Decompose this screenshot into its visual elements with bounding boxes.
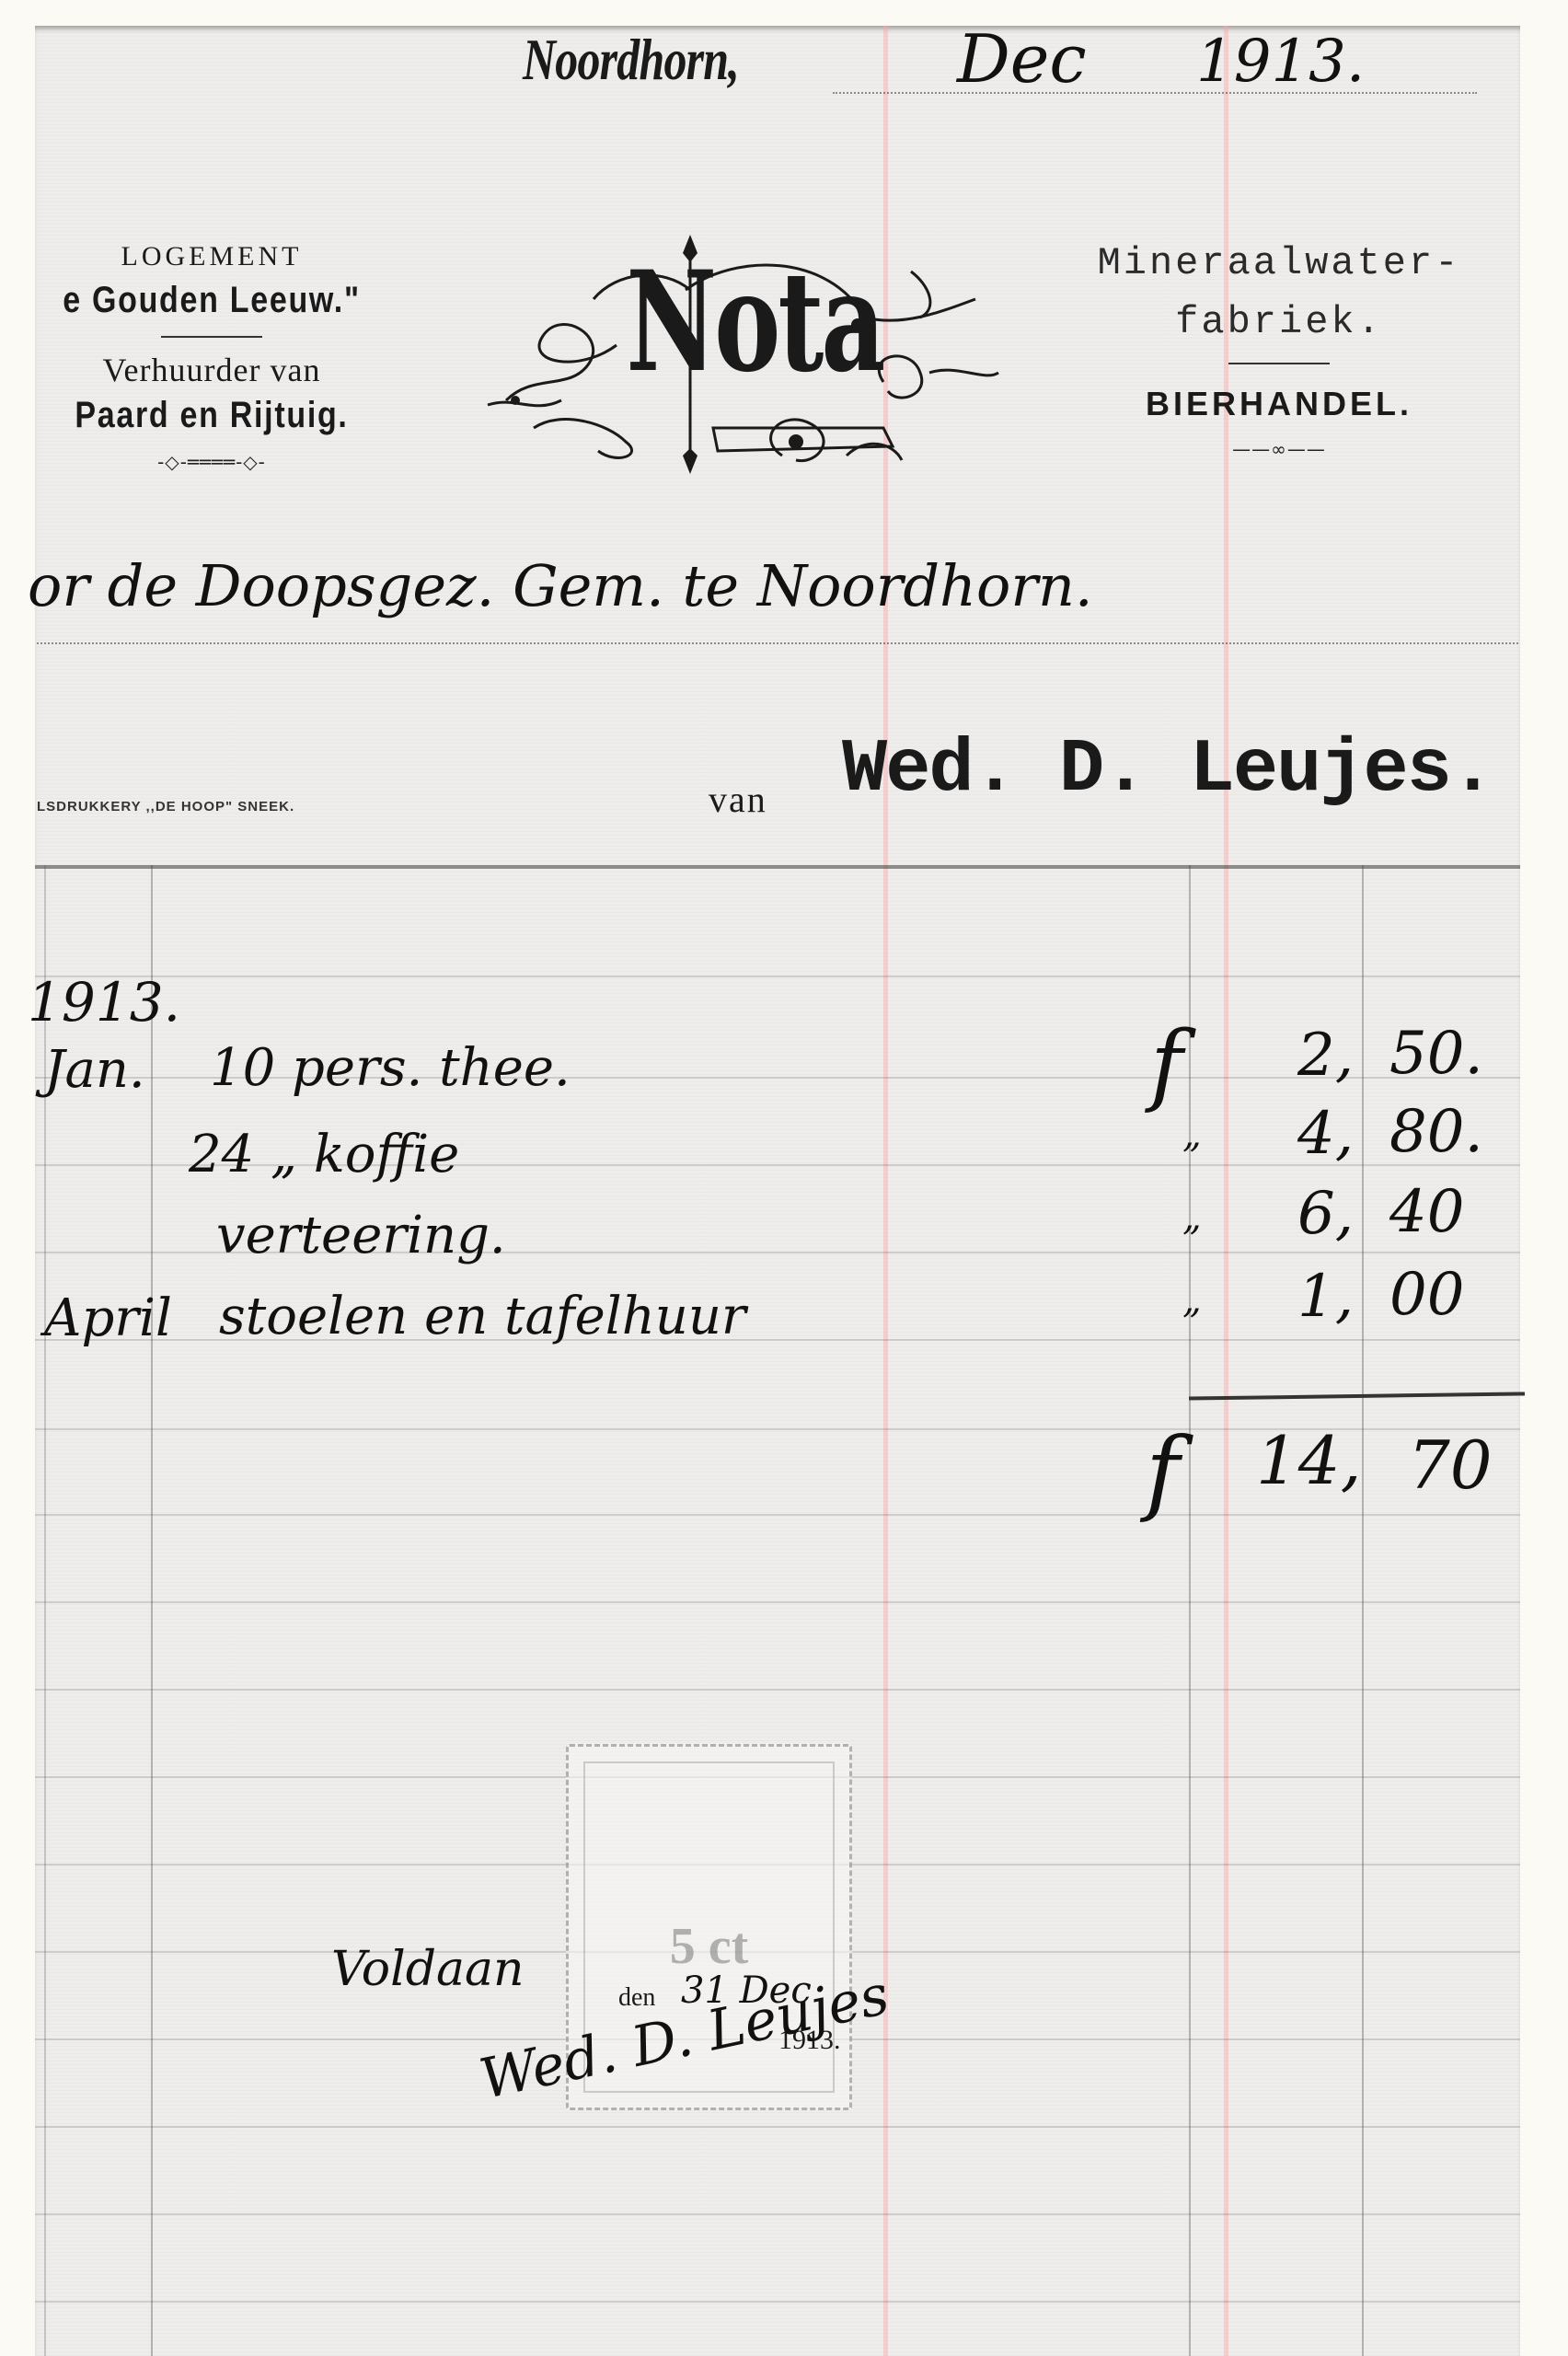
ledger-top-rule: [35, 865, 1520, 869]
row-3-currency: „: [1182, 1196, 1202, 1239]
row-2-cents: 80.: [1389, 1098, 1483, 1166]
row-4-cents: 00: [1389, 1261, 1464, 1329]
row-1-currency: f: [1150, 1012, 1183, 1115]
recipient-dotted-line: [37, 642, 1518, 644]
row-1-cents: 50.: [1389, 1020, 1483, 1088]
factory-label: fabriek.: [1031, 300, 1528, 344]
sender-firm: Wed. D. Leujes.: [842, 727, 1493, 813]
date-column-line: [151, 865, 153, 2356]
divider: [1228, 363, 1330, 364]
row-3-description: verteering.: [216, 1206, 506, 1265]
ornament-icon: ——∞——: [1031, 438, 1528, 460]
total-cents: 70: [1408, 1426, 1493, 1504]
row-4-description: stoelen en tafelhuur: [219, 1287, 746, 1346]
row-4-guilders: 1,: [1297, 1263, 1354, 1331]
nota-title: Nota: [626, 253, 864, 391]
row-1-description: 10 pers. thee.: [210, 1038, 571, 1098]
date-dotted-line: [833, 92, 1477, 94]
row-2-guilders: 4,: [1297, 1100, 1354, 1168]
ledger-year: 1913.: [28, 971, 180, 1034]
nota-logo: Nota: [478, 235, 1012, 474]
letterhead-left: LOGEMENT e Gouden Leeuw." Verhuurder van…: [18, 241, 405, 473]
row-2-description: 24 „ koffie: [189, 1125, 459, 1184]
row-4-currency: „: [1182, 1279, 1202, 1322]
guilder-column-line: [1189, 865, 1191, 2356]
logement-label: LOGEMENT: [18, 241, 405, 272]
cents-column-line: [1362, 865, 1364, 2356]
rental-label: Verhuurder van: [18, 351, 405, 389]
inn-name: e Gouden Leeuw.": [48, 280, 376, 321]
divider: [161, 336, 262, 338]
row-4-date: April: [44, 1288, 172, 1348]
mineral-water-label: Mineraalwater-: [1031, 241, 1528, 285]
stamp-value: 5 ct: [569, 1917, 849, 1976]
date-month: Dec: [957, 20, 1087, 98]
den-label: den: [618, 1983, 655, 2013]
van-label: van: [709, 778, 767, 821]
row-3-guilders: 6,: [1297, 1180, 1354, 1248]
ornament-icon: -◇-════-◇-: [18, 451, 405, 473]
letterhead-right: Mineraalwater- fabriek. BIERHANDEL. ——∞—…: [1031, 241, 1528, 460]
printer-credit: LSDRUKKERY ,,DE HOOP" SNEEK.: [37, 799, 294, 814]
beer-trade-label: BIERHANDEL.: [1031, 385, 1528, 423]
row-3-cents: 40: [1389, 1178, 1464, 1246]
total-guilders: 14,: [1256, 1422, 1362, 1499]
row-1-guilders: 2,: [1297, 1022, 1354, 1090]
voldaan-label: Voldaan: [331, 1942, 525, 1997]
row-2-currency: „: [1182, 1114, 1202, 1156]
date-year: 1913.: [1196, 28, 1365, 96]
place-name: Noordhorn,: [523, 26, 739, 94]
recipient-text: or de Doopsgez. Gem. te Noordhorn.: [28, 552, 1093, 619]
row-1-date: Jan.: [44, 1040, 145, 1100]
total-currency: f: [1146, 1417, 1180, 1525]
rental-items: Paard en Rijtuig.: [48, 395, 376, 436]
